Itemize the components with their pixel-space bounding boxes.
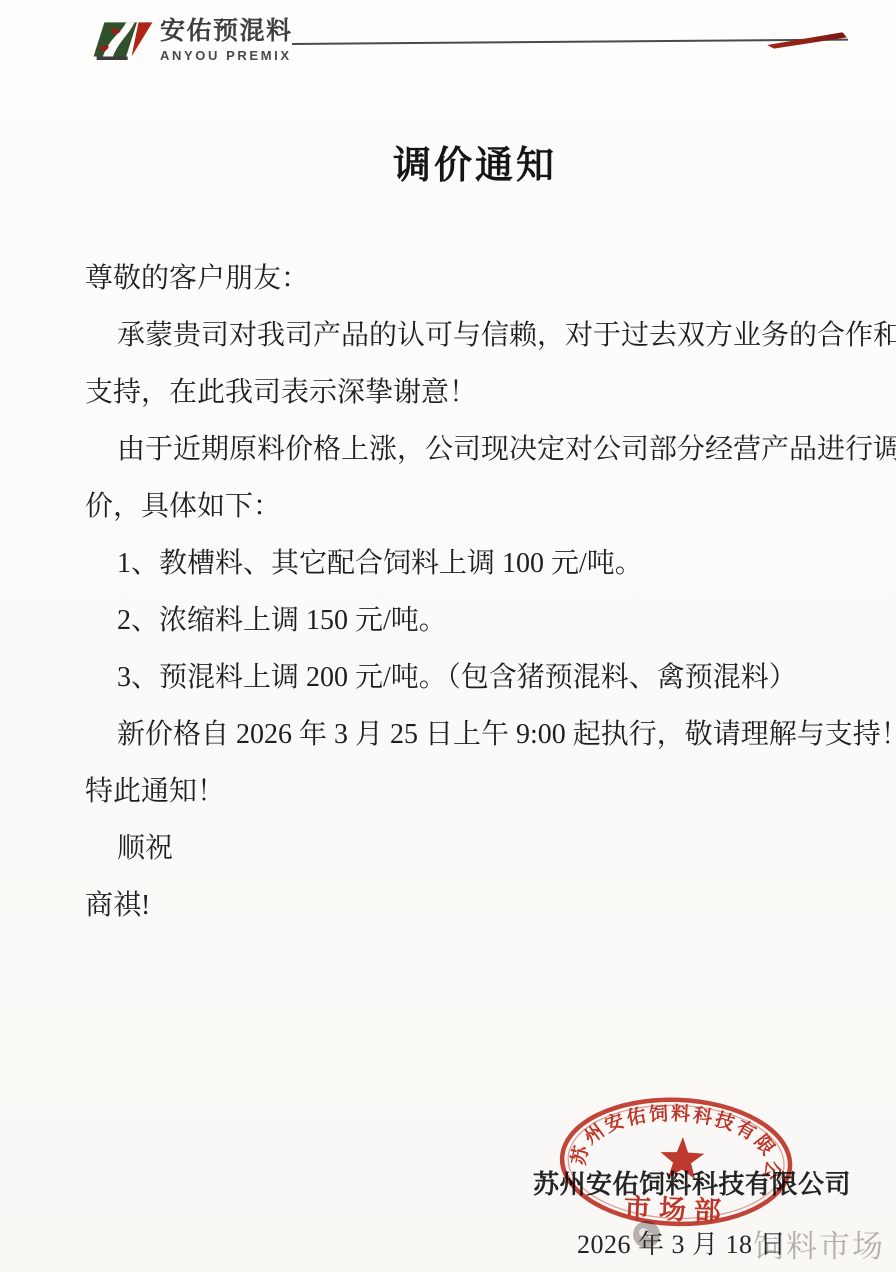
anyou-logo-icon	[92, 16, 154, 66]
body-line: 3、预混料上调 200 元/吨。（包含猪预混料、禽预混料）	[85, 649, 857, 706]
company-seal: 苏州安佑饲料科技有限公司 市场部	[547, 1083, 814, 1244]
seal-department: 市场部	[623, 1193, 729, 1227]
seal-star-icon	[660, 1136, 705, 1179]
header-rule	[292, 39, 848, 45]
notice-document: 安佑预混料 ANYOU PREMIX 调价通知 尊敬的客户朋友： 承蒙贵司对我司…	[0, 0, 896, 1272]
body-line: 支持，在此我司表示深挚谢意！	[85, 364, 857, 421]
body-line: 2、浓缩料上调 150 元/吨。	[85, 592, 857, 649]
body-line: 新价格自 2026 年 3 月 25 日上午 9:00 起执行，敬请理解与支持！	[85, 706, 857, 763]
body-line: 顺祝	[85, 820, 857, 877]
page-title: 调价通知	[27, 134, 896, 189]
logo-name-en: ANYOU PREMIX	[160, 48, 293, 63]
logo-name-cn: 安佑预混料	[160, 18, 293, 45]
body-line: 1、教槽料、其它配合饲料上调 100 元/吨。	[85, 535, 857, 592]
body-line: 特此通知！	[85, 763, 857, 820]
document-body: 尊敬的客户朋友： 承蒙贵司对我司产品的认可与信赖，对于过去双方业务的合作和 支持…	[85, 250, 857, 934]
body-line: 商祺!	[85, 877, 857, 934]
body-line: 价，具体如下：	[85, 478, 857, 535]
body-line: 承蒙贵司对我司产品的认可与信赖，对于过去双方业务的合作和	[85, 307, 857, 364]
logo-text: 安佑预混料 ANYOU PREMIX	[160, 18, 293, 63]
body-line: 由于近期原料价格上涨，公司现决定对公司部分经营产品进行调	[85, 421, 857, 478]
body-line: 尊敬的客户朋友：	[85, 250, 857, 307]
